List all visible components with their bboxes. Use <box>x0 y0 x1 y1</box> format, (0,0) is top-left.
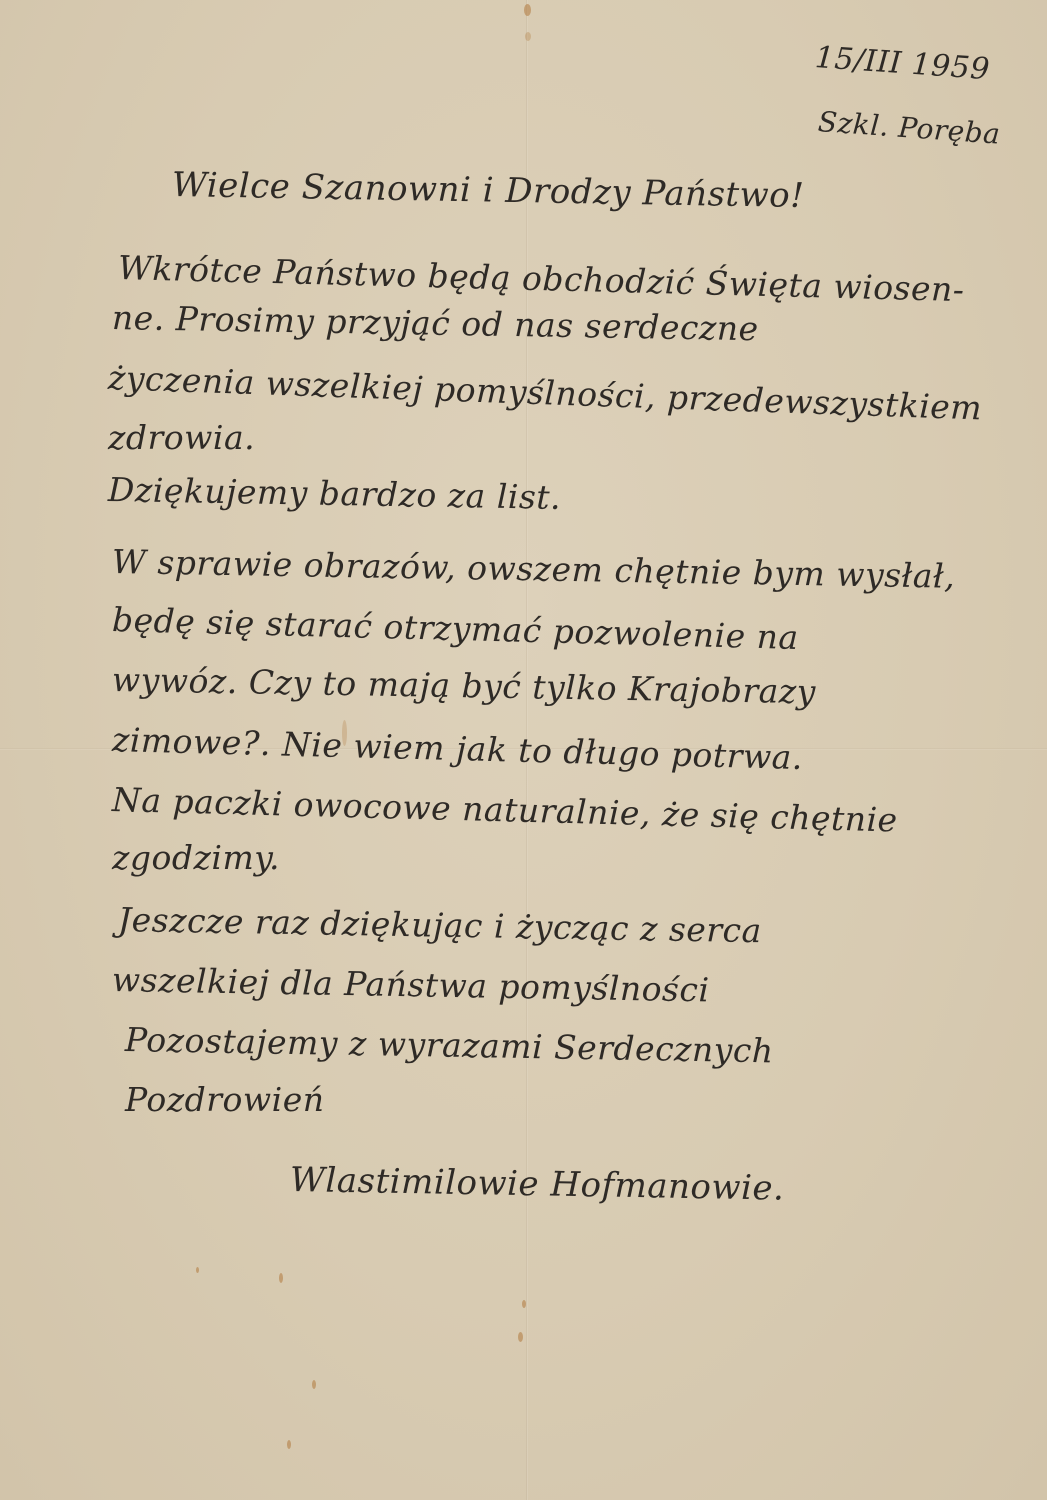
letter-signature: Wlastimilowie Hofmanowie. <box>290 1160 785 1209</box>
letter-body-line: Dziękujemy bardzo za list. <box>108 470 562 517</box>
letter-date: 15/III 1959 <box>814 40 991 87</box>
letter-closing-line: Pozdrowień <box>125 1080 324 1119</box>
foxing-spot <box>279 1273 283 1283</box>
letter-body-line: wszelkiej dla Państwa pomyślności <box>112 960 710 1009</box>
letter-body-line: zdrowia. <box>108 418 255 457</box>
letter-place: Szkl. Poręba <box>817 105 1002 151</box>
foxing-spot <box>518 1332 523 1342</box>
foxing-spot <box>522 1300 526 1308</box>
letter-body-line: zimowe?. Nie wiem jak to długo potrwa. <box>111 720 803 777</box>
letter-body-line: ne. Prosimy przyjąć od nas serdeczne <box>112 298 759 348</box>
letter-body-line: Na paczki owocowe naturalnie, że się chę… <box>111 780 898 840</box>
foxing-spot <box>196 1267 199 1273</box>
letter-salutation: Wielce Szanowni i Drodzy Państwo! <box>172 165 805 216</box>
letter-body-line: wywóz. Czy to mają być tylko Krajobrazy <box>112 660 817 711</box>
foxing-spot <box>287 1440 291 1449</box>
letter-page: 15/III 1959 Szkl. Poręba Wielce Szanowni… <box>0 0 1047 1500</box>
letter-body-line: zgodzimy. <box>112 838 280 877</box>
letter-body-line: będę się starać otrzymać pozwolenie na <box>111 600 799 657</box>
foxing-spot <box>312 1380 316 1389</box>
foxing-spot <box>524 4 531 16</box>
foxing-spot <box>525 32 531 41</box>
letter-closing-line: Pozostajemy z wyrazami Serdecznych <box>125 1020 774 1070</box>
letter-body-line: Jeszcze raz dziękując i życząc z serca <box>118 900 762 950</box>
letter-body-line: W sprawie obrazów, owszem chętnie bym wy… <box>112 542 956 596</box>
